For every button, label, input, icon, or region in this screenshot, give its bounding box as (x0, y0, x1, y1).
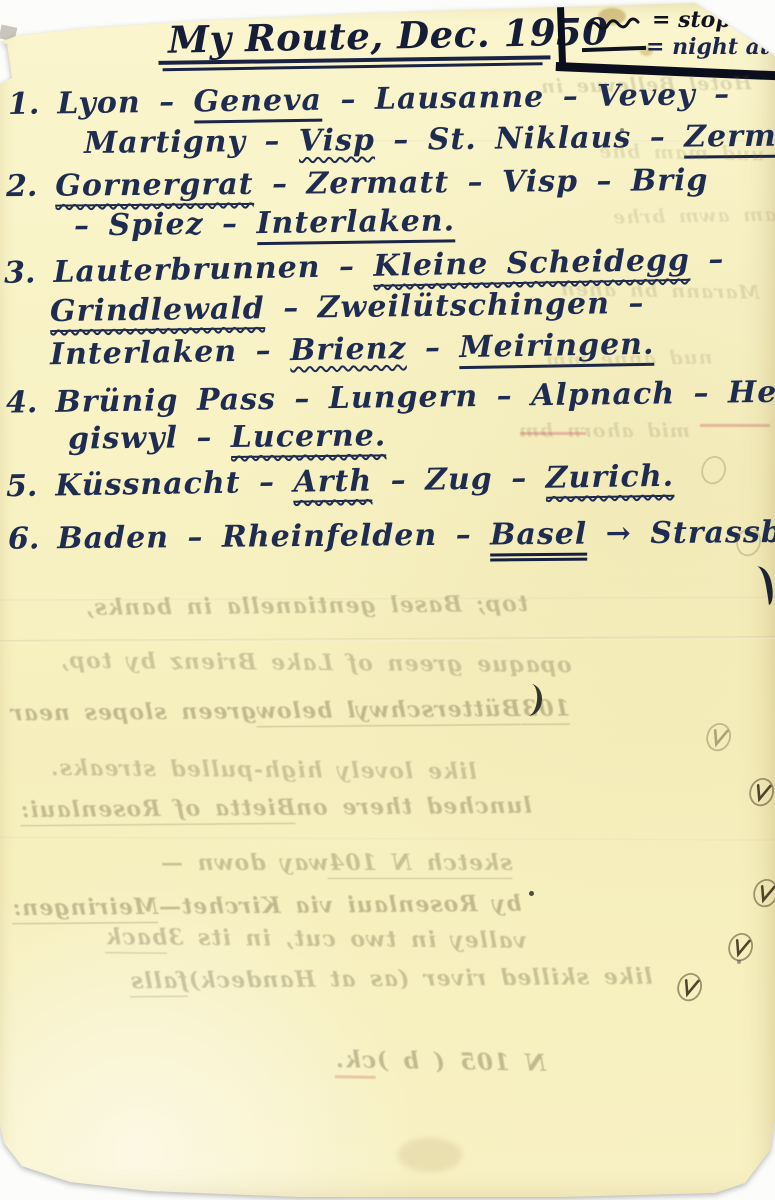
title-text: My Route, Dec. 1950 (168, 9, 609, 61)
bleedthrough-text: Bietta of Rosenlaui: (20, 795, 296, 826)
circled-check-mark (747, 875, 775, 915)
bleedthrough-text: mid ahorn bm (518, 420, 690, 442)
route-text: Martigny – (84, 124, 299, 161)
bleedthrough-line: back valley in two cut, in its 3 (105, 924, 527, 957)
ink-speck (737, 960, 741, 964)
city-name-marked: Lucerne. (231, 418, 387, 458)
bleedthrough-text: Bütterschwyl below (256, 696, 521, 727)
route-text: Lyon – (57, 84, 194, 121)
pencil-circle-mark (695, 452, 730, 492)
city-name-marked: Interlaken. (256, 203, 455, 245)
route-line: – Spiez – Interlaken. (74, 203, 456, 243)
route-number: 2. (6, 169, 38, 204)
circled-check-mark (743, 774, 775, 814)
city-name-marked: Zurich. (545, 459, 674, 499)
bleedthrough-text: like skilled river (as at Handeck) (188, 964, 653, 994)
bleedthrough-line: uud mam bhe (598, 141, 765, 166)
paper-stain (398, 1138, 462, 1172)
bleedthrough-line: Meiringen: by Rosenlaui via Kirchet— (12, 891, 522, 924)
route-number: 6. (8, 521, 40, 556)
route-number: 3. (4, 255, 36, 291)
solid-line-icon (582, 46, 646, 52)
bleedthrough-text: N 105 ( b ) (376, 1047, 546, 1077)
city-name-marked: Visp (299, 123, 375, 159)
bleedthrough-text: back (105, 924, 168, 954)
bleedthrough-line: Hotel Bellevue in (540, 72, 752, 98)
bleedthrough-line: green slopes near Bütterschwyl below 103 (10, 696, 570, 730)
route-text: – Zug – (372, 461, 546, 499)
bleedthrough-text: like lovely high-pulled streaks. (50, 755, 477, 785)
bleedthrough-line: like lovely high-pulled streaks. (50, 755, 477, 785)
route-text: Interlaken – (50, 333, 291, 372)
bleedthrough-line: mid ahorn bm (518, 420, 690, 442)
bleedthrough-text: falls (130, 968, 188, 998)
bleedthrough-text: ham awm brhe (612, 203, 775, 228)
city-name-marked: Grindlewald (50, 291, 265, 332)
bleedthrough-text: sketch N 104 (328, 850, 513, 879)
route-text: – Zermatt – Visp – Brig (253, 163, 708, 202)
route-text: Lauterbrunnen – (53, 249, 374, 290)
ink-edge-mark (749, 565, 775, 608)
scanned-page: My Route, Dec. 1950 = stopover = night a… (0, 0, 775, 1200)
bleedthrough-text: way down — (160, 850, 328, 876)
bleedthrough-line: ck. N 105 ( b ) (335, 1046, 546, 1082)
circled-check-mark (671, 969, 706, 1009)
red-pencil-bleed-line (700, 424, 770, 427)
route-text: giswyl – (68, 420, 231, 457)
page-title: My Route, Dec. 1950 (168, 10, 559, 61)
route-text: Küssnacht – (55, 465, 294, 504)
bleedthrough-text: Marann bh anen (560, 278, 760, 303)
bleedthrough-text: Meiringen: (12, 894, 158, 924)
route-line: giswyl – Lucerne. (68, 418, 387, 456)
city-name-marked: Basel (490, 517, 588, 562)
bleedthrough-text: by Rosenlaui via Kirchet— (158, 891, 522, 920)
city-name-marked: Brienz (290, 331, 407, 368)
route-line: 4.Brünig Pass – Lungern – Alpnach – Her- (6, 374, 775, 420)
route-number: 4. (6, 385, 38, 420)
route-text: – (406, 330, 459, 366)
route-number: 1. (8, 87, 40, 122)
bleedthrough-text: lunched there on (295, 793, 532, 821)
city-name-marked: Arth (293, 463, 372, 502)
route-number: 5. (6, 469, 38, 504)
bleedthrough-line: Bietta of Rosenlaui: lunched there on (20, 793, 532, 826)
bleedthrough-line: way down — sketch N 104 (160, 850, 513, 879)
bleedthrough-line: opaque green of Lake Brienz by top, (60, 648, 572, 678)
bleedthrough-text: top; Basel gentianella in banks, (85, 591, 528, 621)
city-name-marked: Geneva (193, 83, 322, 124)
bleedthrough-line: falls like skilled river (as at Handeck) (130, 964, 653, 998)
ink-speck (529, 891, 534, 896)
ink-speck (620, 128, 624, 132)
bleedthrough-line: top; Basel gentianella in banks, (85, 591, 528, 621)
route-line: Grindlewald – Zweilütschingen – (50, 286, 645, 329)
bleedthrough-text: uud mam bhe (598, 141, 765, 166)
bleedthrough-line: Marann bh anen (560, 278, 760, 303)
legend-night-label: = night at (646, 34, 770, 60)
paper-sheet: My Route, Dec. 1950 = stopover = night a… (0, 0, 775, 1200)
circled-check-mark (700, 719, 735, 759)
route-text: Brünig Pass – Lungern – Alpnach – Her- (55, 374, 775, 420)
city-name-marked: Gornergrat (55, 167, 254, 207)
bleedthrough-text: nud anne mm (545, 347, 713, 372)
route-line: 6.Baden – Rheinfelden – Basel → Strassbu… (8, 514, 775, 556)
route-text: – (690, 242, 725, 278)
route-line: 2.Gornergrat – Zermatt – Visp – Brig (6, 163, 709, 204)
bleedthrough-line: ham awm brhe (612, 203, 775, 228)
bleedthrough-text: opaque green of Lake Brienz by top, (60, 648, 572, 678)
legend-stopover-label: = stopover (652, 7, 775, 33)
bleedthrough-line: nud anne mm (545, 347, 713, 372)
paper-crease (0, 636, 775, 643)
route-text: – Spiez – (74, 206, 257, 244)
route-line: 5.Küssnacht – Arth – Zug – Zurich. (6, 459, 675, 504)
bleedthrough-text: ck. (335, 1046, 377, 1079)
red-pencil-bleed-line (520, 432, 586, 435)
bleedthrough-text: Hotel Bellevue in (540, 72, 752, 98)
bleedthrough-text: valley in two cut, in its 3 (167, 925, 527, 954)
paper-crease (0, 837, 775, 843)
bleedthrough-text: green slopes near (10, 698, 257, 726)
route-text: Baden – Rheinfelden – (57, 517, 490, 556)
